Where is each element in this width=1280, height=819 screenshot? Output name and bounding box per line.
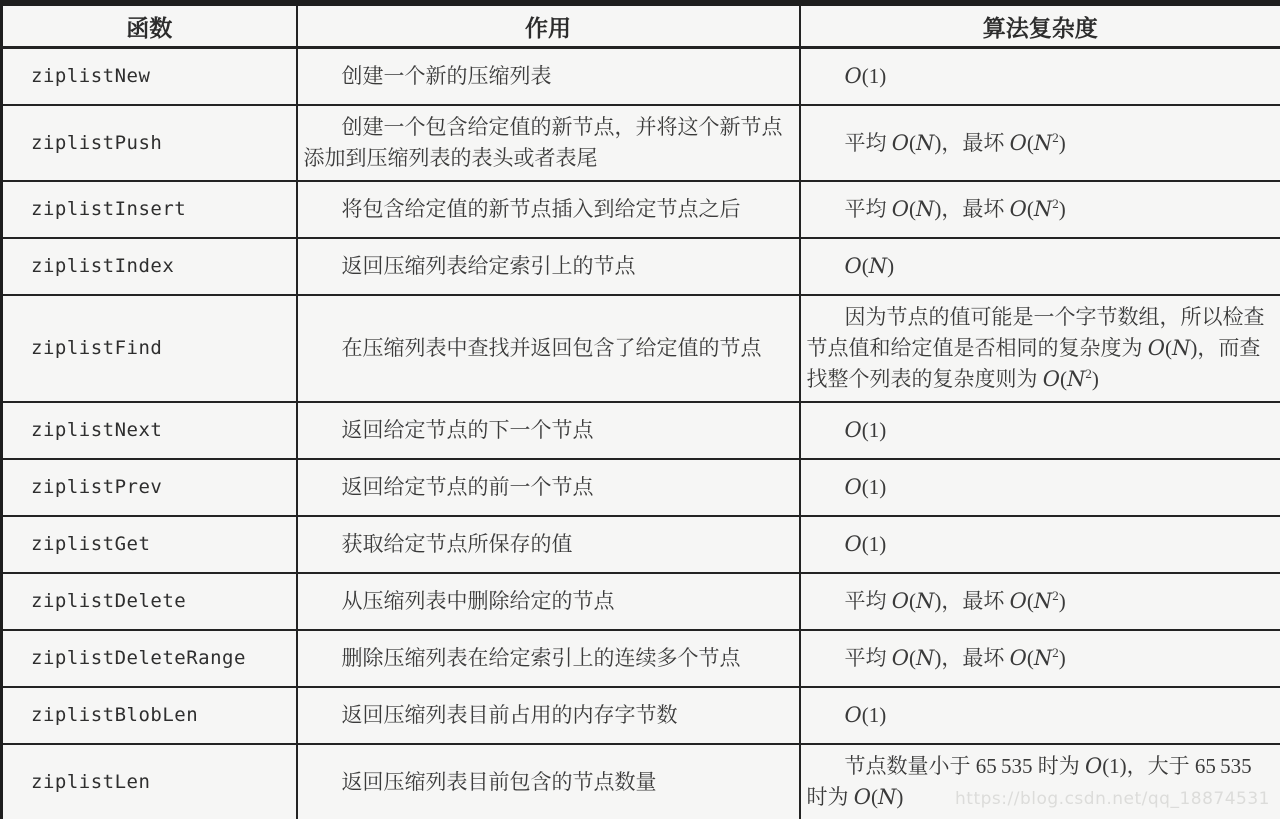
purpose-cell: 返回压缩列表目前包含的节点数量 <box>297 744 800 819</box>
purpose-cell: 创建一个新的压缩列表 <box>297 48 800 106</box>
table-row: ziplistDelete从压缩列表中删除给定的节点平均 O(N)，最坏 O(N… <box>2 573 1280 630</box>
purpose-cell: 返回给定节点的下一个节点 <box>297 402 800 459</box>
purpose-cell: 创建一个包含给定值的新节点，并将这个新节点添加到压缩列表的表头或者表尾 <box>297 105 800 181</box>
purpose-cell: 删除压缩列表在给定索引上的连续多个节点 <box>297 630 800 687</box>
purpose-cell: 返回给定节点的前一个节点 <box>297 459 800 516</box>
function-name-cell: ziplistIndex <box>2 238 297 295</box>
function-name-cell: ziplistNext <box>2 402 297 459</box>
function-name-cell: ziplistDeleteRange <box>2 630 297 687</box>
function-name-cell: ziplistInsert <box>2 181 297 238</box>
function-name-cell: ziplistPrev <box>2 459 297 516</box>
purpose-cell: 从压缩列表中删除给定的节点 <box>297 573 800 630</box>
function-name-cell: ziplistFind <box>2 295 297 402</box>
table-row: ziplistGet获取给定节点所保存的值O(1) <box>2 516 1280 573</box>
column-header-function: 函数 <box>2 3 297 48</box>
table-header: 函数 作用 算法复杂度 <box>2 3 1280 48</box>
scanned-table-page: 函数 作用 算法复杂度 ziplistNew创建一个新的压缩列表O(1)zipl… <box>0 0 1280 819</box>
function-name-cell: ziplistPush <box>2 105 297 181</box>
complexity-cell: O(N) <box>800 238 1280 295</box>
table-body: ziplistNew创建一个新的压缩列表O(1)ziplistPush创建一个包… <box>2 48 1280 819</box>
function-name-cell: ziplistDelete <box>2 573 297 630</box>
complexity-cell: 平均 O(N)，最坏 O(N2) <box>800 105 1280 181</box>
purpose-cell: 返回压缩列表给定索引上的节点 <box>297 238 800 295</box>
complexity-cell: 平均 O(N)，最坏 O(N2) <box>800 181 1280 238</box>
function-name-cell: ziplistNew <box>2 48 297 106</box>
table-row: ziplistPush创建一个包含给定值的新节点，并将这个新节点添加到压缩列表的… <box>2 105 1280 181</box>
table-row: ziplistNew创建一个新的压缩列表O(1) <box>2 48 1280 106</box>
function-name-cell: ziplistBlobLen <box>2 687 297 744</box>
complexity-cell: O(1) <box>800 402 1280 459</box>
purpose-cell: 获取给定节点所保存的值 <box>297 516 800 573</box>
complexity-cell: 因为节点的值可能是一个字节数组，所以检查节点值和给定值是否相同的复杂度为 O(N… <box>800 295 1280 402</box>
header-row: 函数 作用 算法复杂度 <box>2 3 1280 48</box>
purpose-cell: 将包含给定值的新节点插入到给定节点之后 <box>297 181 800 238</box>
table-row: ziplistFind在压缩列表中查找并返回包含了给定值的节点因为节点的值可能是… <box>2 295 1280 402</box>
complexity-cell: O(1) <box>800 48 1280 106</box>
function-name-cell: ziplistGet <box>2 516 297 573</box>
purpose-cell: 返回压缩列表目前占用的内存字节数 <box>297 687 800 744</box>
ziplist-api-table: 函数 作用 算法复杂度 ziplistNew创建一个新的压缩列表O(1)zipl… <box>0 0 1280 819</box>
complexity-cell: 节点数量小于 65 535 时为 O(1)，大于 65 535 时为 O(N) <box>800 744 1280 819</box>
table-row: ziplistLen返回压缩列表目前包含的节点数量节点数量小于 65 535 时… <box>2 744 1280 819</box>
column-header-purpose: 作用 <box>297 3 800 48</box>
table-row: ziplistIndex返回压缩列表给定索引上的节点O(N) <box>2 238 1280 295</box>
complexity-cell: 平均 O(N)，最坏 O(N2) <box>800 630 1280 687</box>
complexity-cell: O(1) <box>800 459 1280 516</box>
table-row: ziplistBlobLen返回压缩列表目前占用的内存字节数O(1) <box>2 687 1280 744</box>
table-row: ziplistInsert将包含给定值的新节点插入到给定节点之后平均 O(N)，… <box>2 181 1280 238</box>
table-row: ziplistPrev返回给定节点的前一个节点O(1) <box>2 459 1280 516</box>
table-row: ziplistDeleteRange删除压缩列表在给定索引上的连续多个节点平均 … <box>2 630 1280 687</box>
complexity-cell: O(1) <box>800 687 1280 744</box>
function-name-cell: ziplistLen <box>2 744 297 819</box>
complexity-cell: O(1) <box>800 516 1280 573</box>
purpose-cell: 在压缩列表中查找并返回包含了给定值的节点 <box>297 295 800 402</box>
complexity-cell: 平均 O(N)，最坏 O(N2) <box>800 573 1280 630</box>
column-header-complexity: 算法复杂度 <box>800 3 1280 48</box>
table-row: ziplistNext返回给定节点的下一个节点O(1) <box>2 402 1280 459</box>
